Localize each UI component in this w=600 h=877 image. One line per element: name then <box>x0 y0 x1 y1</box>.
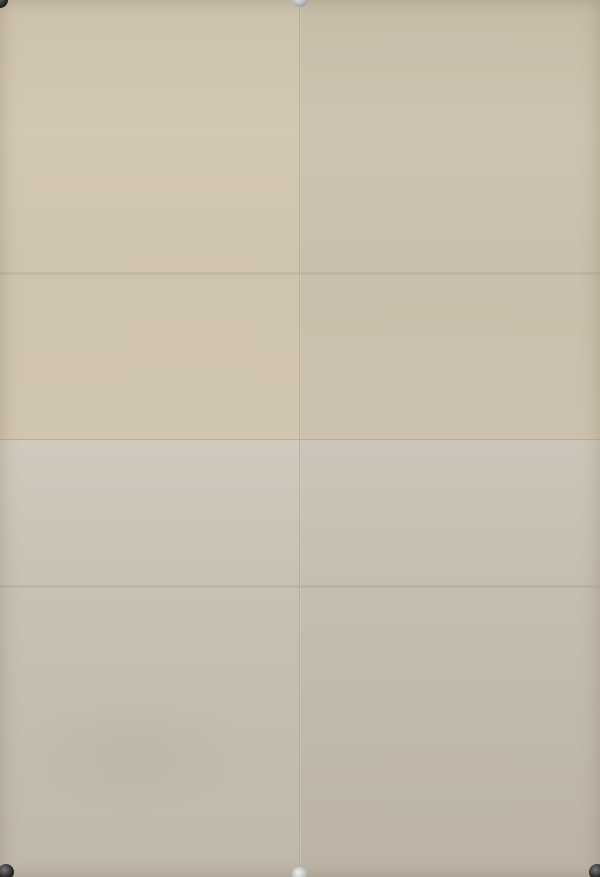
poster-back <box>0 0 600 877</box>
push-pin-icon <box>589 864 600 877</box>
paper-panel-top-right <box>300 0 600 440</box>
paper-panel-top-left <box>0 0 300 440</box>
ink-bleed-through <box>40 700 250 810</box>
vertical-fold <box>299 0 301 877</box>
paper-panel-bottom-right <box>300 440 600 877</box>
push-pin-icon <box>292 867 308 877</box>
paper-panel-bottom-left <box>0 440 300 877</box>
push-pin-icon <box>0 864 14 877</box>
